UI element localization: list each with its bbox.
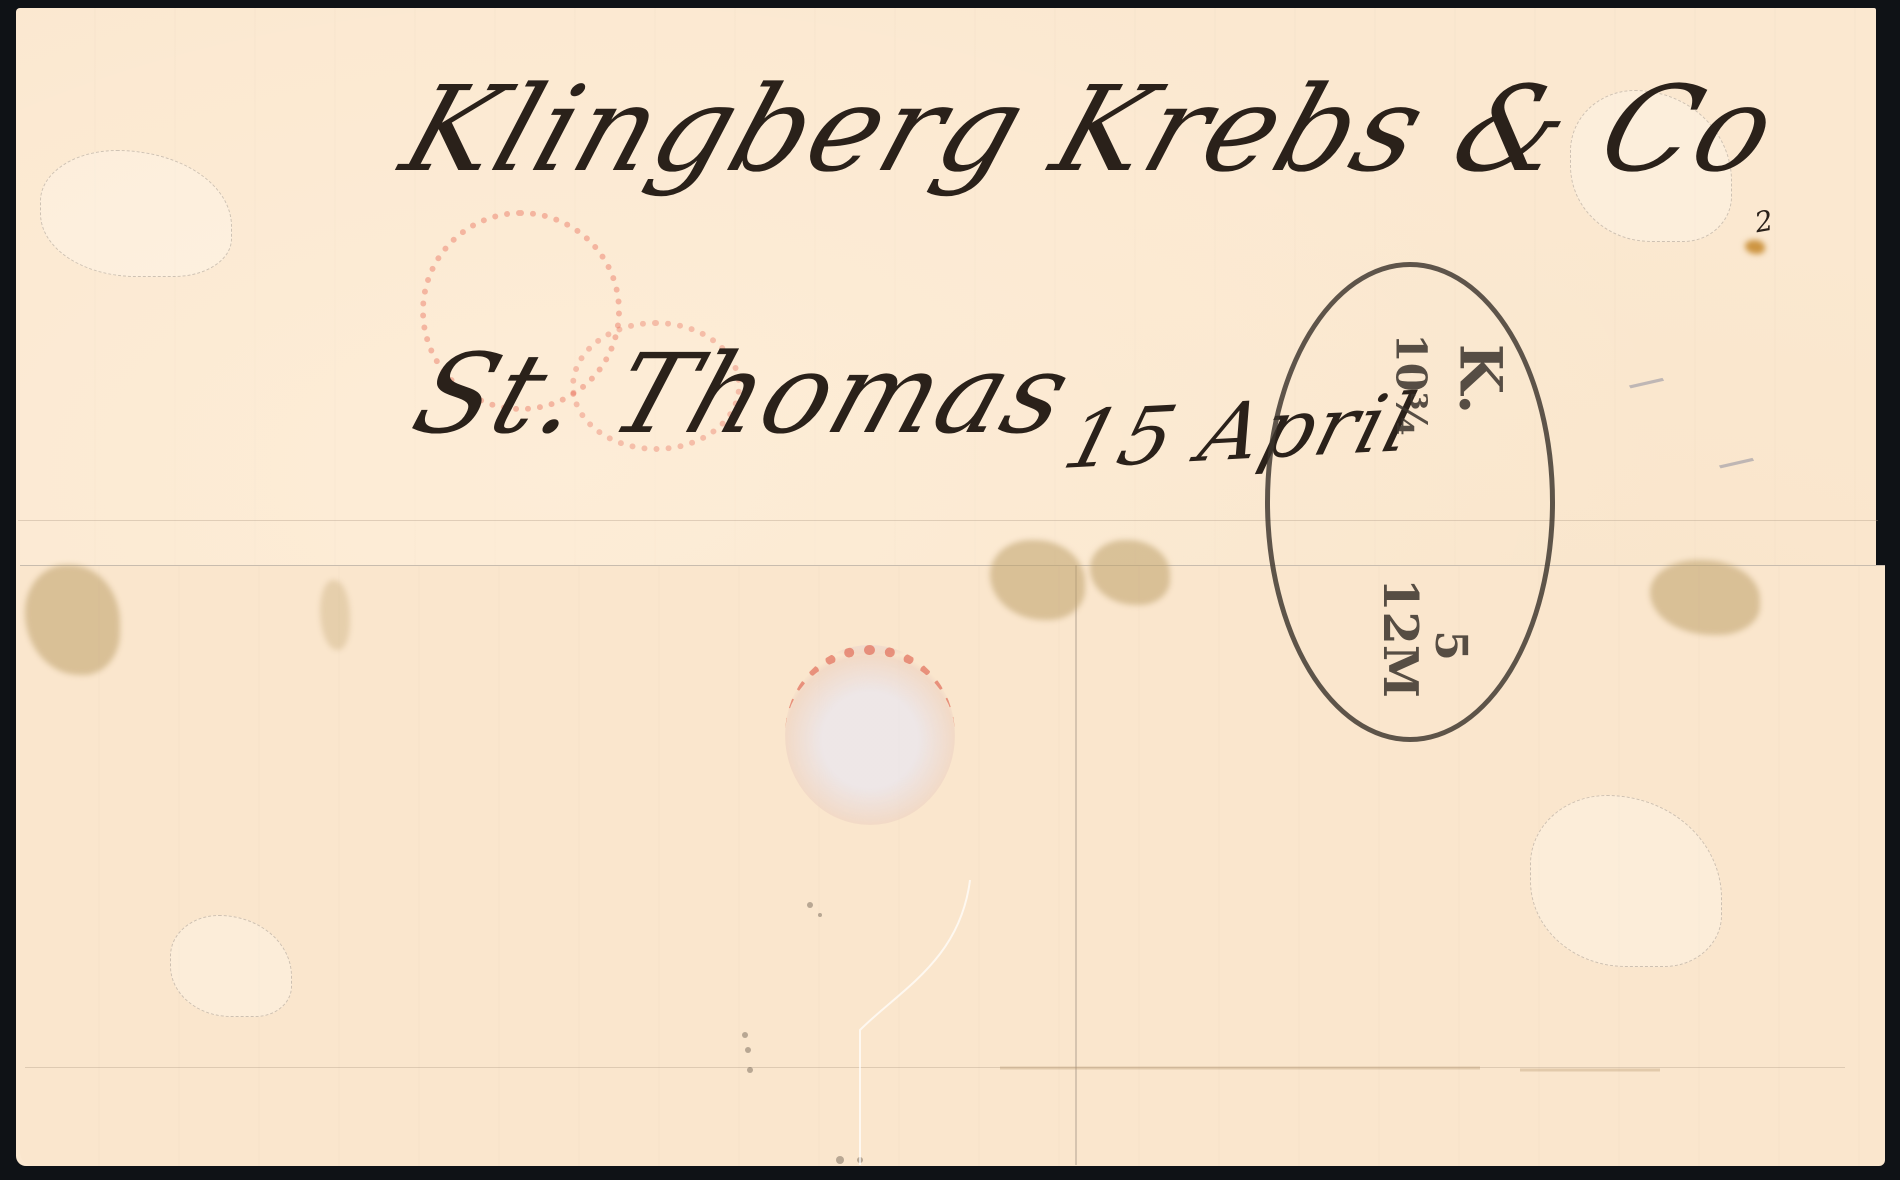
show-through-ink (0, 0, 1900, 1180)
